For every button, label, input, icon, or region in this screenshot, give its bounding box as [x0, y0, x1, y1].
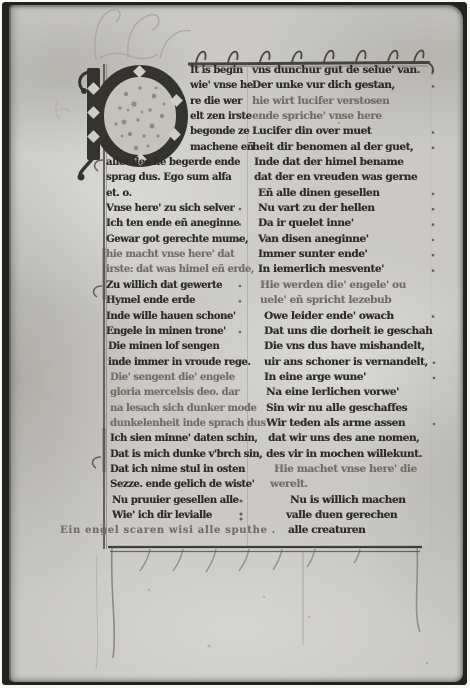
text-line: uele' eñ spricht lezebub: [260, 293, 457, 308]
text-line: Hie werden die' engele' ou: [260, 278, 457, 293]
text-line: Die vns dus have mishandelt,: [264, 339, 457, 354]
text-line: Eñ alle dinen gesellen: [258, 186, 457, 201]
text-line: Da ir quelet inne': [258, 216, 457, 231]
text-line: elt zen irste: [190, 109, 248, 124]
text-line: werelt.: [270, 477, 457, 492]
text-line: Dat is mich dunke v'brch sin,: [110, 447, 248, 462]
text-line: It is begin: [190, 63, 248, 78]
text-line: Van disen aneginne': [258, 232, 457, 247]
text-line: Der unke vur dich gestan,: [252, 78, 457, 93]
text-line: Nu is willich machen: [290, 493, 457, 508]
text-line: Hie machet vnse here' die: [274, 462, 457, 477]
right-column: vns dunchur gut de selue' van.Der unke v…: [252, 63, 457, 539]
text-line: uir ans schoner is vernandelt,: [264, 355, 457, 370]
text-line: Ich ten ende eñ aneginne: [106, 216, 248, 231]
text-line: Immer sunter ende': [258, 247, 457, 262]
text-line: na lesach sich dunker mode: [110, 401, 248, 416]
manuscript-photo: It is beginwie' vnse here die werelt zen…: [0, 0, 470, 688]
text-line: Owe leider ende' owach: [264, 309, 457, 324]
text-line: Sin wir nu alle geschaffes: [266, 401, 457, 416]
left-column: It is beginwie' vnse here die werelt zen…: [106, 63, 248, 539]
text-line: Na eine lerlichen vorwe': [266, 385, 457, 400]
text-line: Hymel ende erde: [106, 293, 248, 308]
text-line: Zu willich dat gewerte: [106, 278, 248, 293]
text-line: hie macht vnse here' dat: [106, 247, 248, 262]
text-line: irste: dat was himel eñ erde,: [106, 262, 248, 277]
text-line: In eine arge wune': [264, 370, 457, 385]
text-line: Ich sien minne' daten schin,: [110, 431, 248, 446]
text-line: Wir teden als arme assen: [266, 416, 457, 431]
text-line: machene eñ: [190, 140, 248, 155]
text-line: dat der en vreuden was gerne: [254, 170, 457, 185]
text-line: wie' vnse he: [190, 78, 248, 93]
text-line: Sezze. ende gelich de wiste': [110, 477, 248, 492]
text-line: dat wir uns des ane nomen,: [268, 431, 457, 446]
text-line: Inde dat der himel bename: [254, 155, 457, 170]
text-line: des vir in mochen willekunt.: [266, 447, 457, 462]
text-line: heit dir benomen al der guet,: [252, 140, 457, 155]
text-line: allet des he begerde ende: [106, 155, 248, 170]
text-line: Gewar got gerechte mume,: [106, 232, 248, 247]
text-line: Nu vart zu der hellen: [258, 201, 457, 216]
text-block: It is beginwie' vnse here die werelt zen…: [0, 0, 470, 688]
text-line: Vnse here' zu sich selver: [106, 201, 248, 216]
text-line: Ein engel scaren wisi alle sputhe .: [60, 523, 248, 538]
text-line: valle duen gerechen: [286, 508, 457, 523]
text-line: Inde wille hauen schone': [106, 309, 248, 324]
text-line: dunkelenheit inde sprach dus: [110, 416, 248, 431]
text-line: alle creaturen: [288, 523, 457, 538]
text-line: hie wirt lucifer verstosen: [252, 94, 457, 109]
text-line: In iemerlich mesvente': [258, 262, 457, 277]
text-line: re die wer: [190, 94, 248, 109]
text-line: Dat ich nime stul in osten: [110, 462, 248, 477]
text-line: Die minen lof sengen: [108, 339, 248, 354]
text-line: ende spriche' vnse here: [252, 109, 457, 124]
text-line: sprag dus. Ego sum alfa: [106, 170, 248, 185]
text-line: Engele in minen trone': [106, 324, 248, 339]
text-line: Nu pruuier gesellen alle: [112, 493, 248, 508]
text-line: inde immer in vroude rege.: [108, 355, 248, 370]
text-line: Lucifer din over muet: [252, 124, 457, 139]
text-line: Dat uns die dorheit ie geschah: [264, 324, 457, 339]
text-line: et. o.: [106, 186, 248, 201]
text-line: Wie' ich dir levialle: [112, 508, 248, 523]
text-line: Die' sengent die' engele: [110, 370, 248, 385]
text-line: gloria mercelsis deo. dar: [110, 385, 248, 400]
text-line: vns dunchur gut de selue' van.: [252, 63, 457, 78]
text-line: begonde ze: [190, 124, 248, 139]
